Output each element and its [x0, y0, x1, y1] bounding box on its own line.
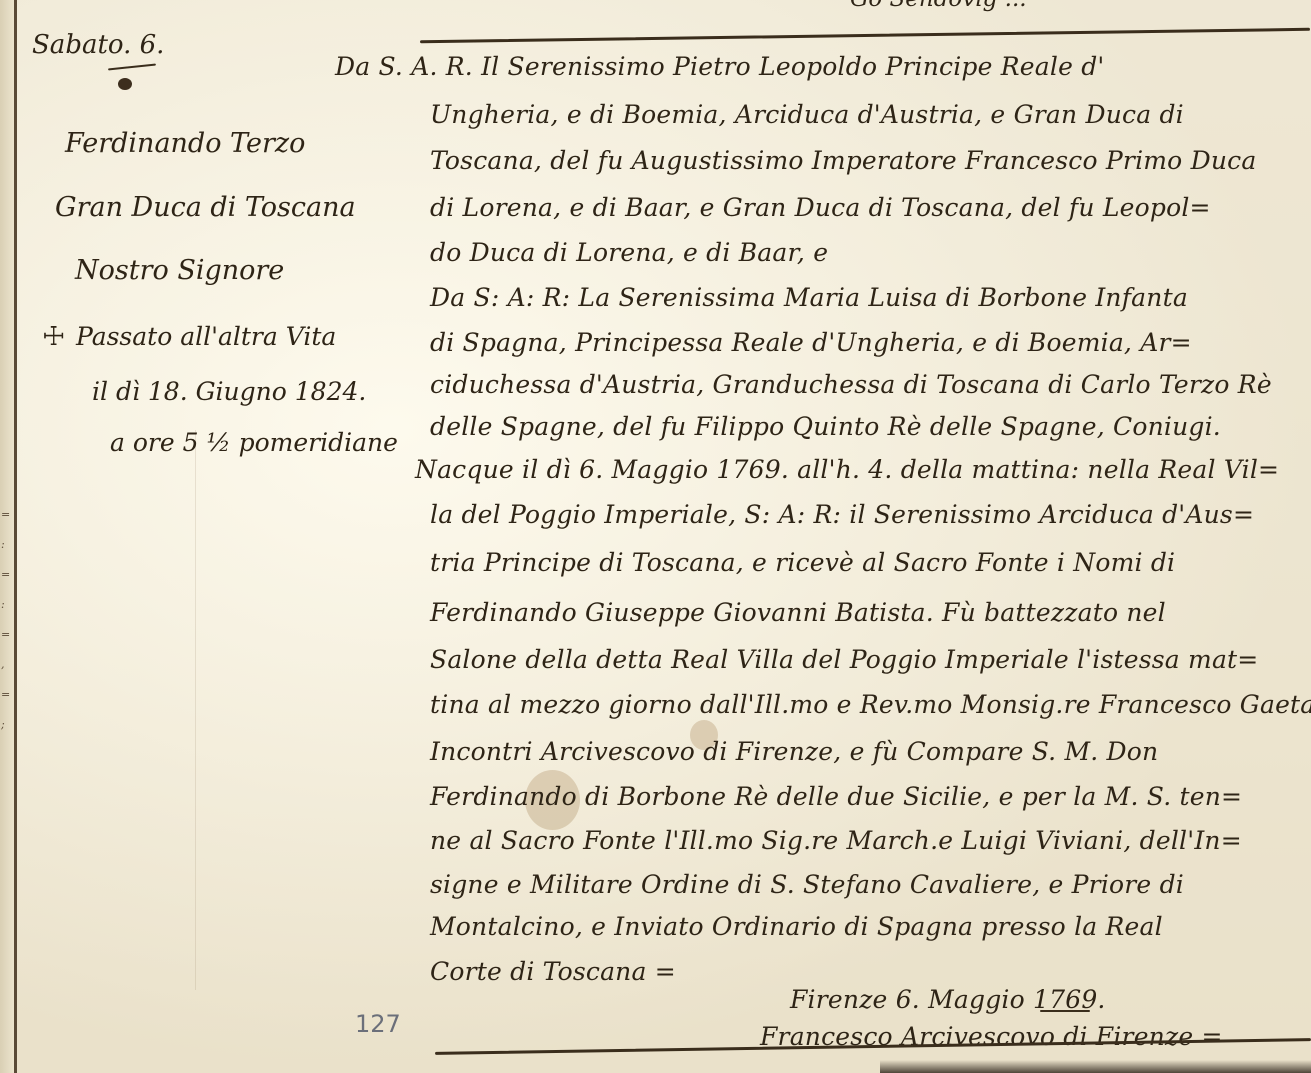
date-underline — [108, 63, 156, 70]
body-line: ciduchessa d'Austria, Granduchessa di To… — [430, 370, 1272, 399]
ink-blot — [118, 78, 132, 90]
body-line: Toscana, del fu Augustissimo Imperatore … — [430, 146, 1256, 175]
body-line: di Spagna, Principessa Reale d'Ungheria,… — [430, 328, 1192, 357]
body-line: di Lorena, e di Baar, e Gran Duca di Tos… — [430, 193, 1211, 222]
margin-date-header: Sabato. 6. — [32, 30, 164, 60]
body-line: Ferdinando Giuseppe Giovanni Batista. Fù… — [430, 598, 1166, 627]
top-rule — [420, 28, 1310, 43]
margin-name-line3: Nostro Signore — [75, 255, 284, 286]
margin-name-line2: Gran Duca di Toscana — [55, 192, 356, 223]
margin-death-line3: a ore 5 ½ pomeridiane — [110, 428, 398, 457]
margin-name-line1: Ferdinando Terzo — [65, 128, 305, 159]
manuscript-page: =:=:=,=; Go Sendovig ... Sabato. 6. Ferd… — [0, 0, 1311, 1073]
year-underline — [1040, 1010, 1090, 1012]
body-line: do Duca di Lorena, e di Baar, e — [430, 238, 828, 267]
top-fragment-text: Go Sendovig ... — [850, 0, 1027, 12]
margin-death-line1: Passato all'altra Vita — [76, 322, 336, 351]
paper-fold-line — [195, 430, 196, 990]
margin-death-line2: il dì 18. Giugno 1824. — [92, 377, 366, 406]
body-line: signe e Militare Ordine di S. Stefano Ca… — [430, 870, 1184, 899]
facing-page-edge-marks: =:=:=,=; — [1, 500, 11, 1060]
binding-gutter: =:=:=,=; — [0, 0, 17, 1073]
body-line: Incontri Arcivescovo di Firenze, e fù Co… — [430, 737, 1158, 766]
body-line: Salone della detta Real Villa del Poggio… — [430, 645, 1258, 674]
body-line: Corte di Toscana = — [430, 957, 676, 986]
body-line: Ungheria, e di Boemia, Arciduca d'Austri… — [430, 100, 1184, 129]
page-edge-shadow — [880, 1060, 1311, 1073]
body-line: tria Principe di Toscana, e ricevè al Sa… — [430, 548, 1175, 577]
body-line: Montalcino, e Inviato Ordinario di Spagn… — [430, 912, 1163, 941]
body-line: delle Spagne, del fu Filippo Quinto Rè d… — [430, 412, 1221, 441]
body-line: Da S: A: R: La Serenissima Maria Luisa d… — [430, 283, 1188, 312]
body-line: la del Poggio Imperiale, S: A: R: il Ser… — [430, 500, 1254, 529]
body-line: Ferdinando di Borbone Rè delle due Sicil… — [430, 782, 1242, 811]
cross-icon: ☩ — [42, 322, 65, 352]
folio-number: 127 — [355, 1010, 401, 1038]
body-line: ne al Sacro Fonte l'Ill.mo Sig.re March.… — [430, 826, 1242, 855]
body-line: Da S. A. R. Il Serenissimo Pietro Leopol… — [335, 52, 1104, 81]
body-line: tina al mezzo giorno dall'Ill.mo e Rev.m… — [430, 690, 1311, 719]
body-line: Nacque il dì 6. Maggio 1769. all'h. 4. d… — [415, 455, 1279, 484]
